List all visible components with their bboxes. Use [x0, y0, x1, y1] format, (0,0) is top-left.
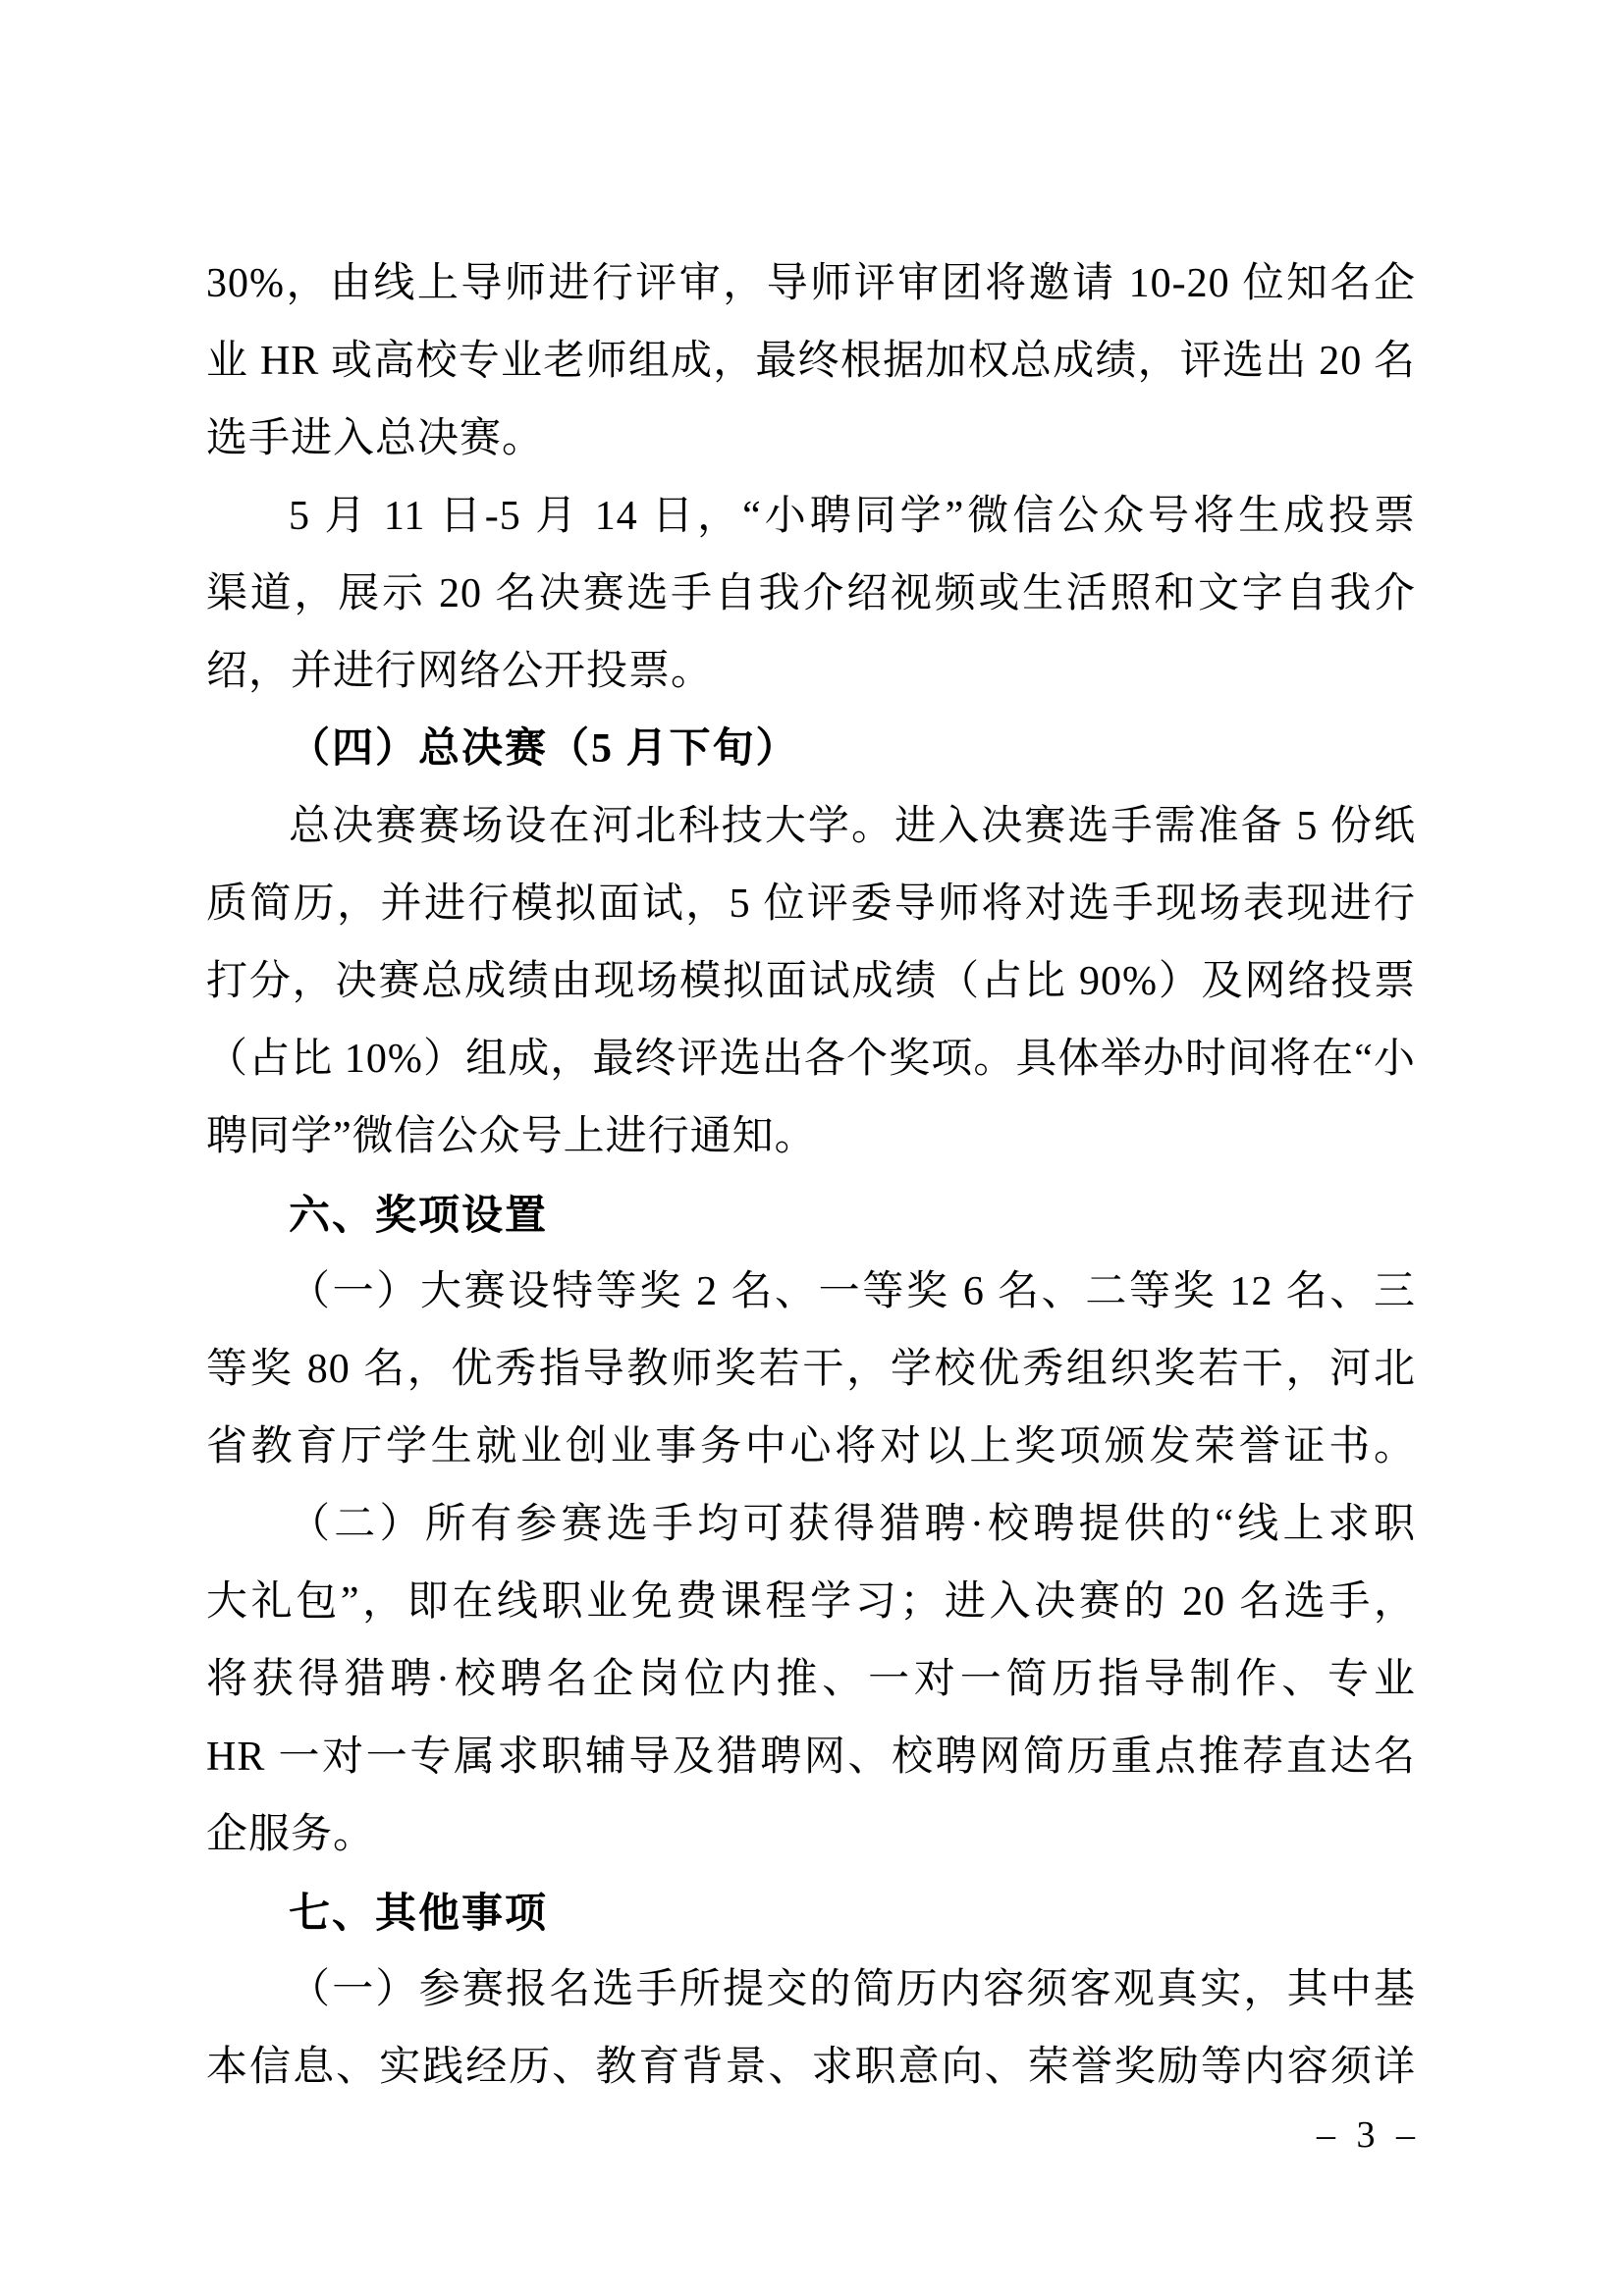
text-line: 5 月 11 日-5 月 14 日，“小聘同学”微信公众号将生成投票: [206, 478, 1416, 556]
document-page: 30%，由线上导师进行评审，导师评审团将邀请 10-20 位知名企业 HR 或高…: [0, 0, 1624, 2296]
document-body: 30%，由线上导师进行评审，导师评审团将邀请 10-20 位知名企业 HR 或高…: [206, 245, 1416, 2107]
section-heading: 六、奖项设置: [206, 1176, 1416, 1254]
text-line: 质简历，并进行模拟面试，5 位评委导师将对选手现场表现进行: [206, 866, 1416, 943]
text-line: （占比 10%）组成，最终评选出各个奖项。具体举办时间将在“小: [206, 1021, 1416, 1098]
text-line: 选手进入总决赛。: [206, 400, 1416, 478]
text-line: 打分，决赛总成绩由现场模拟面试成绩（占比 90%）及网络投票: [206, 943, 1416, 1021]
text-line: （二）所有参赛选手均可获得猎聘·校聘提供的“线上求职: [206, 1486, 1416, 1564]
page-number: – 3 –: [1317, 2110, 1421, 2160]
text-line: 省教育厅学生就业创业事务中心将对以上奖项颁发荣誉证书。: [206, 1409, 1416, 1486]
text-line: 30%，由线上导师进行评审，导师评审团将邀请 10-20 位知名企: [206, 245, 1416, 323]
text-line: 将获得猎聘·校聘名企岗位内推、一对一简历指导制作、专业: [206, 1641, 1416, 1719]
section-heading: 七、其他事项: [206, 1874, 1416, 1951]
text-line: 绍，并进行网络公开投票。: [206, 633, 1416, 711]
text-line: （一）参赛报名选手所提交的简历内容须客观真实，其中基: [206, 1951, 1416, 2029]
text-line: 大礼包”，即在线职业免费课程学习；进入决赛的 20 名选手，: [206, 1564, 1416, 1641]
subsection-heading: （四）总决赛（5 月下旬）: [206, 711, 1416, 788]
text-line: （一）大赛设特等奖 2 名、一等奖 6 名、二等奖 12 名、三: [206, 1254, 1416, 1331]
text-line: 业 HR 或高校专业老师组成，最终根据加权总成绩，评选出 20 名: [206, 323, 1416, 400]
text-line: 等奖 80 名，优秀指导教师奖若干，学校优秀组织奖若干，河北: [206, 1331, 1416, 1409]
text-line: 本信息、实践经历、教育背景、求职意向、荣誉奖励等内容须详: [206, 2029, 1416, 2107]
text-line: HR 一对一专属求职辅导及猎聘网、校聘网简历重点推荐直达名: [206, 1719, 1416, 1796]
text-line: 渠道，展示 20 名决赛选手自我介绍视频或生活照和文字自我介: [206, 556, 1416, 633]
text-line: 聘同学”微信公众号上进行通知。: [206, 1098, 1416, 1176]
text-line: 企服务。: [206, 1796, 1416, 1874]
text-line: 总决赛赛场设在河北科技大学。进入决赛选手需准备 5 份纸: [206, 788, 1416, 866]
